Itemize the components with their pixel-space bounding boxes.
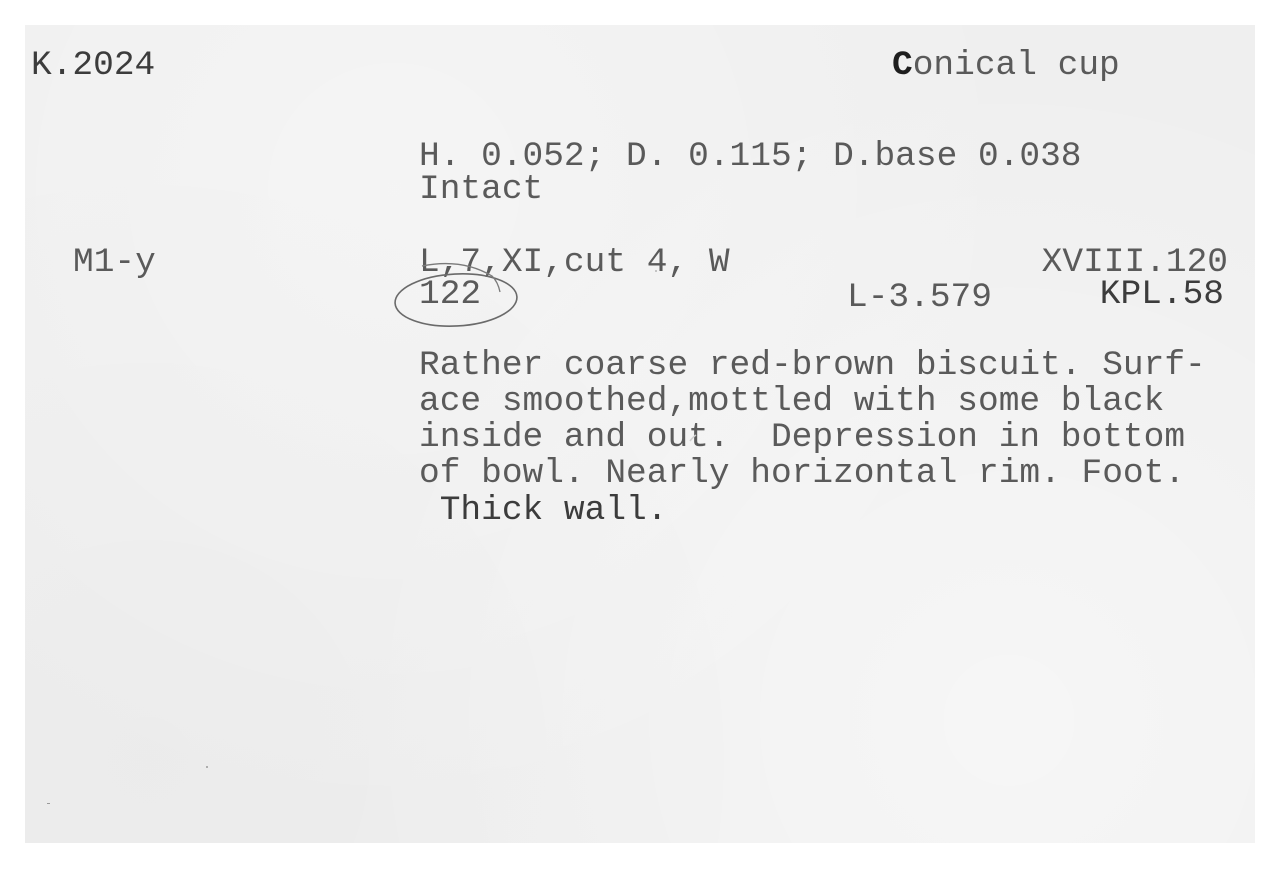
- index-card: K.2024 Conical cup H. 0.052; D. 0.115; D…: [25, 25, 1255, 843]
- catalog-number: K.2024: [31, 48, 155, 84]
- object-type-rest: onical cup: [913, 46, 1120, 85]
- description-line: ace smoothed,mottled with some black: [419, 384, 1164, 420]
- condition-line: Intact: [419, 172, 543, 208]
- object-type-initial: C: [892, 46, 913, 85]
- object-type-title: Conical cup: [892, 48, 1120, 84]
- left-code: M1-y: [73, 245, 156, 281]
- description-line: Thick wall.: [419, 493, 667, 529]
- paper-speck: [655, 270, 657, 272]
- description-line: inside and out. Depression in bottom: [419, 420, 1185, 456]
- description-line: of bowl. Nearly horizontal rim. Foot.: [419, 456, 1185, 492]
- paper-speck: [47, 803, 50, 804]
- circled-number: 122: [419, 277, 481, 313]
- inventory-number: L-3.579: [847, 280, 992, 316]
- description-line: Rather coarse red-brown biscuit. Surf-: [419, 348, 1206, 384]
- paper-speck: [206, 766, 208, 768]
- kpl-reference: KPL.58: [1100, 277, 1224, 313]
